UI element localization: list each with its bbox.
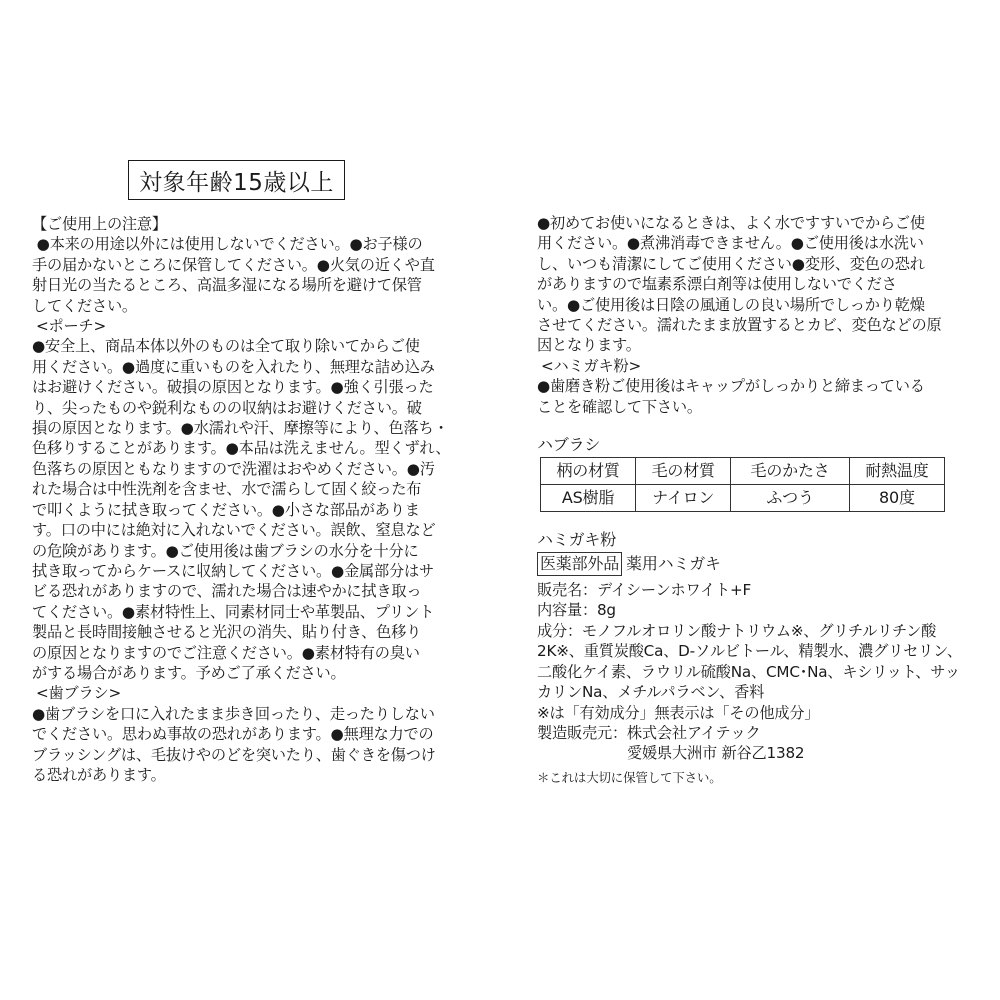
toothpaste-caution-line: ●歯磨き粉ご使用後はキャップがしっかりと締まっている	[537, 376, 977, 396]
volume: 内容量：8g	[537, 600, 977, 620]
product-info-column: ●初めてお使いになるときは、よく水ですすいでからご使 用ください。●煮沸消毒でき…	[537, 213, 977, 786]
toothbrush-care-line: 用ください。●煮沸消毒できません。●ご使用後は水洗い	[537, 233, 977, 253]
ingredients-line: 二酸化ケイ素、ラウリル硫酸Na、CMC･Na、キシリット、サッ	[537, 662, 977, 682]
toothbrush-care-line: ●初めてお使いになるときは、よく水ですすいでからご使	[537, 213, 977, 233]
general-caution-line: してください。	[32, 296, 472, 316]
pouch-caution-line: 拭き取ってからケースに収納してください。●金属部分はサ	[32, 561, 472, 581]
toothbrush-spec-title: ハブラシ	[537, 435, 977, 455]
toothbrush-caution-line: る恐れがあります。	[32, 765, 472, 785]
pouch-caution-line: の原因となりますのでご注意ください。●素材特有の臭い	[32, 643, 472, 663]
general-caution-line: ●本来の用途以外には使用しないでください。●お子様の	[32, 234, 472, 254]
spec-value-cell: ナイロン	[636, 485, 731, 512]
toothbrush-heading: <歯ブラシ>	[32, 683, 472, 703]
ingredients-line: 2K※、重質炭酸Ca、D-ソルビトール、精製水、濃グリセリン、	[537, 641, 977, 661]
toothbrush-care-line: がありますので塩素系漂白剤等は使用しないでくださ	[537, 274, 977, 294]
pouch-caution-line: 色落ちの原因ともなりますので洗濯はおやめください。●汚	[32, 459, 472, 479]
spec-header-cell: 耐熱温度	[849, 458, 944, 485]
toothbrush-care-line: させてください。濡れたまま放置するとカビ、変色などの原	[537, 315, 977, 335]
ingredients-line: カリンNa、メチルパラベン、香料	[537, 682, 977, 702]
pouch-caution-line: はお避けください。破損の原因となります。●強く引張った	[32, 377, 472, 397]
spec-header-cell: 毛の材質	[636, 458, 731, 485]
age-rating-label: 対象年齢15歳以上	[139, 164, 334, 197]
pouch-caution-line: 製品と長時間接触させると光沢の消失、貼り付き、色移り	[32, 622, 472, 642]
pouch-caution-line: 色移りすることがあります。●本品は洗えません。型くずれ、	[32, 438, 472, 458]
toothbrush-care-line: 因となります。	[537, 335, 977, 355]
active-ingredient-note: ※は「有効成分」無表示は「その他成分」	[537, 703, 977, 723]
toothpaste-type: 薬用ハミガキ	[626, 554, 721, 574]
toothbrush-spec-table: 柄の材質 毛の材質 毛のかたさ 耐熱温度 AS樹脂 ナイロン ふつう 80度	[540, 457, 945, 512]
spec-header-row: 柄の材質 毛の材質 毛のかたさ 耐熱温度	[541, 458, 945, 485]
toothpaste-title: ハミガキ粉	[537, 530, 977, 550]
toothpaste-caution-line: ことを確認して下さい。	[537, 397, 977, 417]
toothbrush-caution-line: ●歯ブラシを口に入れたまま歩き回ったり、走ったりしない	[32, 704, 472, 724]
keep-note: ＊これは大切に保管して下さい。	[537, 770, 977, 786]
toothbrush-caution-line: ブラッシングは、毛抜けやのどを突いたり、歯ぐきを傷つけ	[32, 745, 472, 765]
toothbrush-care-line: い。●ご使用後は日陰の風通しの良い場所でしっかり乾燥	[537, 295, 977, 315]
ingredients-line: 成分：モノフルオロリン酸ナトリウム※、グリチルリチン酸	[537, 621, 977, 641]
pouch-caution-line: がする場合があります。予めご了承ください。	[32, 663, 472, 683]
spec-header-cell: 毛のかたさ	[731, 458, 850, 485]
spec-value-cell: 80度	[849, 485, 944, 512]
general-caution-line: 射日光の当たるところ、高温多湿になる場所を避けて保管	[32, 275, 472, 295]
pouch-caution-line: れた場合は中性洗剤を含ませ、水で濡らして固く絞った布	[32, 479, 472, 499]
pouch-caution-line: の危険があります。●ご使用後は歯ブラシの水分を十分に	[32, 541, 472, 561]
toothpaste-info: 販売名：デイシーンホワイト+F 内容量：8g 成分：モノフルオロリン酸ナトリウム…	[537, 580, 977, 764]
toothpaste-heading: <ハミガキ粉>	[537, 356, 977, 376]
pouch-caution-line: ビる恐れがありますので、濡れた場合は速やかに拭き取っ	[32, 581, 472, 601]
pouch-heading: <ポーチ>	[32, 316, 472, 336]
pouch-caution-line: で叩くように拭き取ってください。●小さな部品がありま	[32, 500, 472, 520]
quasi-drug-badge: 医薬部外品	[537, 552, 622, 576]
spec-value-cell: AS樹脂	[541, 485, 636, 512]
spec-header-cell: 柄の材質	[541, 458, 636, 485]
manufacturer: 製造販売元：株式会社アイテック	[537, 723, 977, 743]
quasi-drug-line: 医薬部外品 薬用ハミガキ	[537, 552, 977, 576]
toothbrush-caution-line: でください。思わぬ事故の恐れがあります。●無理な力での	[32, 724, 472, 744]
toothbrush-care-line: し、いつも清潔にしてご使用ください●変形、変色の恐れ	[537, 254, 977, 274]
spec-value-cell: ふつう	[731, 485, 850, 512]
general-caution-line: 手の届かないところに保管してください。●火気の近くや直	[32, 255, 472, 275]
spec-value-row: AS樹脂 ナイロン ふつう 80度	[541, 485, 945, 512]
pouch-caution-line: てください。●素材特性上、同素材同士や革製品、プリント	[32, 602, 472, 622]
pouch-caution-line: 損の原因となります。●水濡れや汗、摩擦等により、色落ち・	[32, 418, 472, 438]
cautions-heading: 【ご使用上の注意】	[32, 214, 472, 234]
usage-cautions-column: 【ご使用上の注意】 ●本来の用途以外には使用しないでください。●お子様の 手の届…	[32, 214, 472, 785]
pouch-caution-line: り、尖ったものや鋭利なものの収納はお避けください。破	[32, 398, 472, 418]
pouch-caution-line: す。口の中には絶対に入れないでください。誤飲、窒息など	[32, 520, 472, 540]
pouch-caution-line: 用ください。●過度に重いものを入れたり、無理な詰め込み	[32, 357, 472, 377]
pouch-caution-line: ●安全上、商品本体以外のものは全て取り除いてからご使	[32, 336, 472, 356]
sales-name: 販売名：デイシーンホワイト+F	[537, 580, 977, 600]
age-rating-box: 対象年齢15歳以上	[128, 160, 345, 200]
manufacturer-address: 愛媛県大洲市 新谷乙1382	[537, 743, 977, 763]
